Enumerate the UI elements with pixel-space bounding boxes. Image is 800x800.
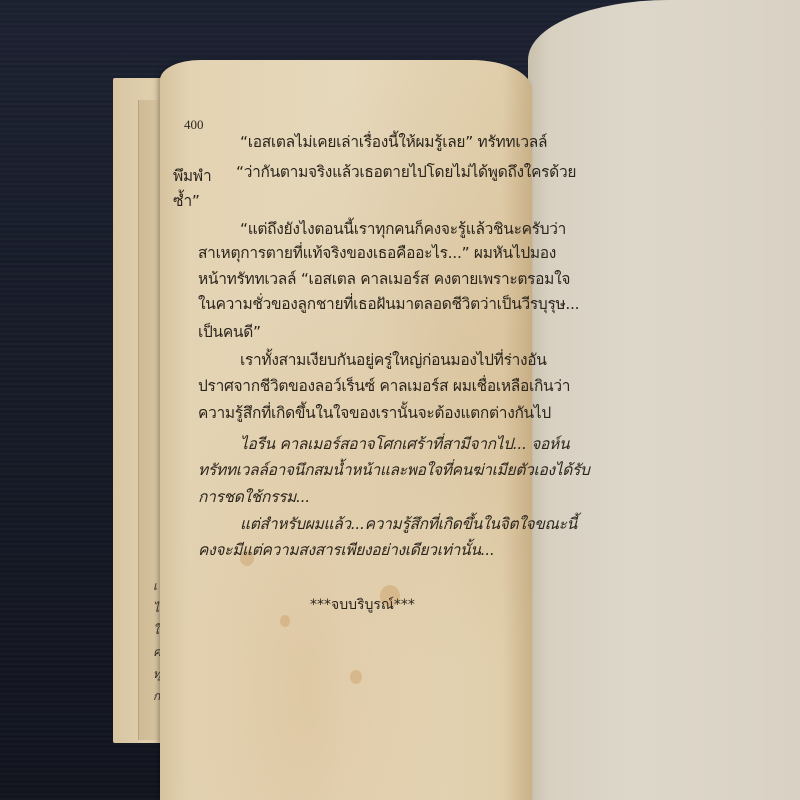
text-line: สาเหตุการตายที่แท้จริงของเธอคืออะไร...” … (198, 240, 556, 265)
text-line: หน้าทรัททเวลล์ “เอสเตล คาลเมอร์ส คงตายเพ… (198, 266, 570, 291)
text-line: คงจะมีแต่ความสงสารเพียงอย่างเดียวเท่านั้… (198, 537, 495, 562)
text-line: การชดใช้กรรม... (198, 484, 310, 509)
text-line: ความรู้สึกที่เกิดขึ้นในใจของเรานั้นจะต้อ… (198, 400, 551, 425)
text-line: เราทั้งสามเงียบกันอยู่ครู่ใหญ่ก่อนมองไปท… (240, 347, 547, 372)
paper-stain (280, 615, 290, 627)
right-blank-page (528, 0, 800, 800)
text-line: ในความชั่วของลูกชายที่เธอฝันมาตลอดชีวิตว… (198, 291, 579, 316)
text-line: ปราศจากชีวิตของลอว์เร็นซ์ คาลเมอร์ส ผมเช… (198, 373, 570, 398)
side-label: พึมพำ (173, 163, 211, 188)
paper-stain (350, 670, 362, 684)
text-line: ไอรีน คาลเมอร์สอาจโศกเศร้าที่สามีจากไป..… (240, 431, 569, 456)
text-line: แต่สำหรับผมแล้ว...ความรู้สึกที่เกิดขึ้นใ… (240, 511, 577, 536)
the-end-marker: ***จบบริบูรณ์*** (310, 594, 415, 616)
text-line: เป็นคนดี” (198, 319, 261, 344)
text-line: “ว่ากันตามจริงแล้วเธอตายไปโดยไม่ได้พูดถึ… (236, 159, 576, 184)
text-line: “เอสเตลไม่เคยเล่าเรื่องนี้ให้ผมรู้เลย” ท… (240, 129, 547, 154)
page-number: 400 (184, 117, 204, 133)
text-line: ทรัททเวลล์อาจนึกสมน้ำหน้าและพอใจที่คนฆ่า… (198, 457, 590, 482)
text-line: “แต่ถึงยังไงตอนนี้เราทุกคนก็คงจะรู้แล้วช… (240, 216, 566, 241)
side-label: ซ้ำ” (173, 188, 200, 213)
